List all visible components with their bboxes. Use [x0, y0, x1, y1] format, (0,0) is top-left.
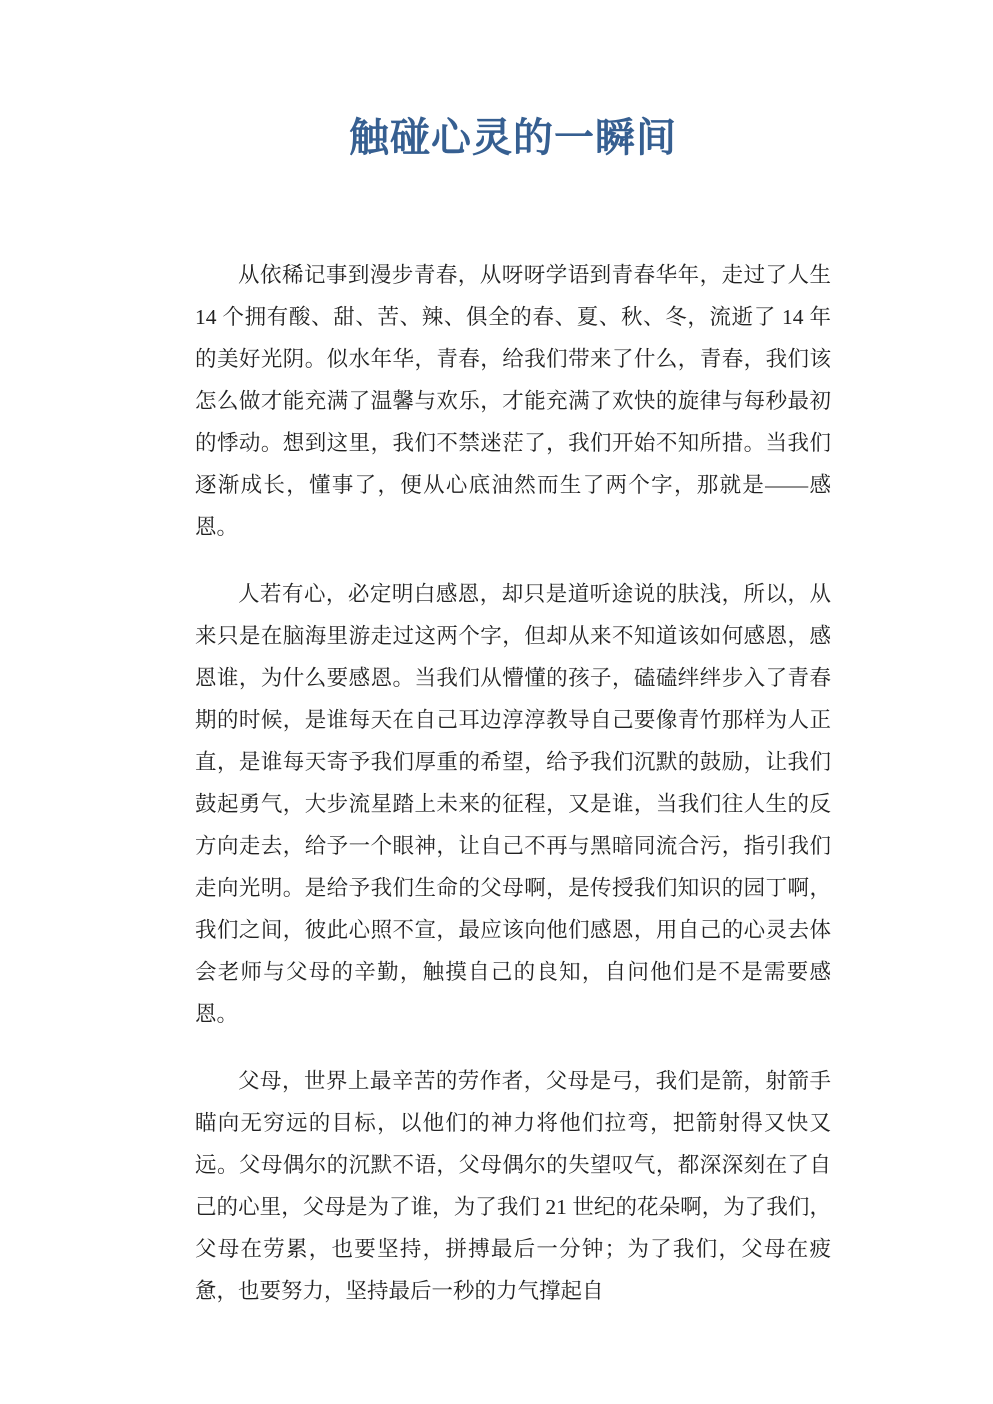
paragraph-2: 人若有心，必定明白感恩，却只是道听途说的肤浅，所以，从来只是在脑海里游走过这两个…: [195, 573, 831, 1035]
document-page: 触碰心灵的一瞬间 从依稀记事到漫步青春，从呀呀学语到青春华年，走过了人生 14 …: [0, 0, 993, 1404]
document-content-column: 触碰心灵的一瞬间 从依稀记事到漫步青春，从呀呀学语到青春华年，走过了人生 14 …: [195, 0, 831, 1312]
document-body: 从依稀记事到漫步青春，从呀呀学语到青春华年，走过了人生 14 个拥有酸、甜、苦、…: [195, 254, 831, 1312]
paragraph-1: 从依稀记事到漫步青春，从呀呀学语到青春华年，走过了人生 14 个拥有酸、甜、苦、…: [195, 254, 831, 548]
paragraph-3: 父母，世界上最辛苦的劳作者，父母是弓，我们是箭，射箭手瞄向无穷远的目标，以他们的…: [195, 1060, 831, 1312]
page-title: 触碰心灵的一瞬间: [195, 112, 831, 164]
